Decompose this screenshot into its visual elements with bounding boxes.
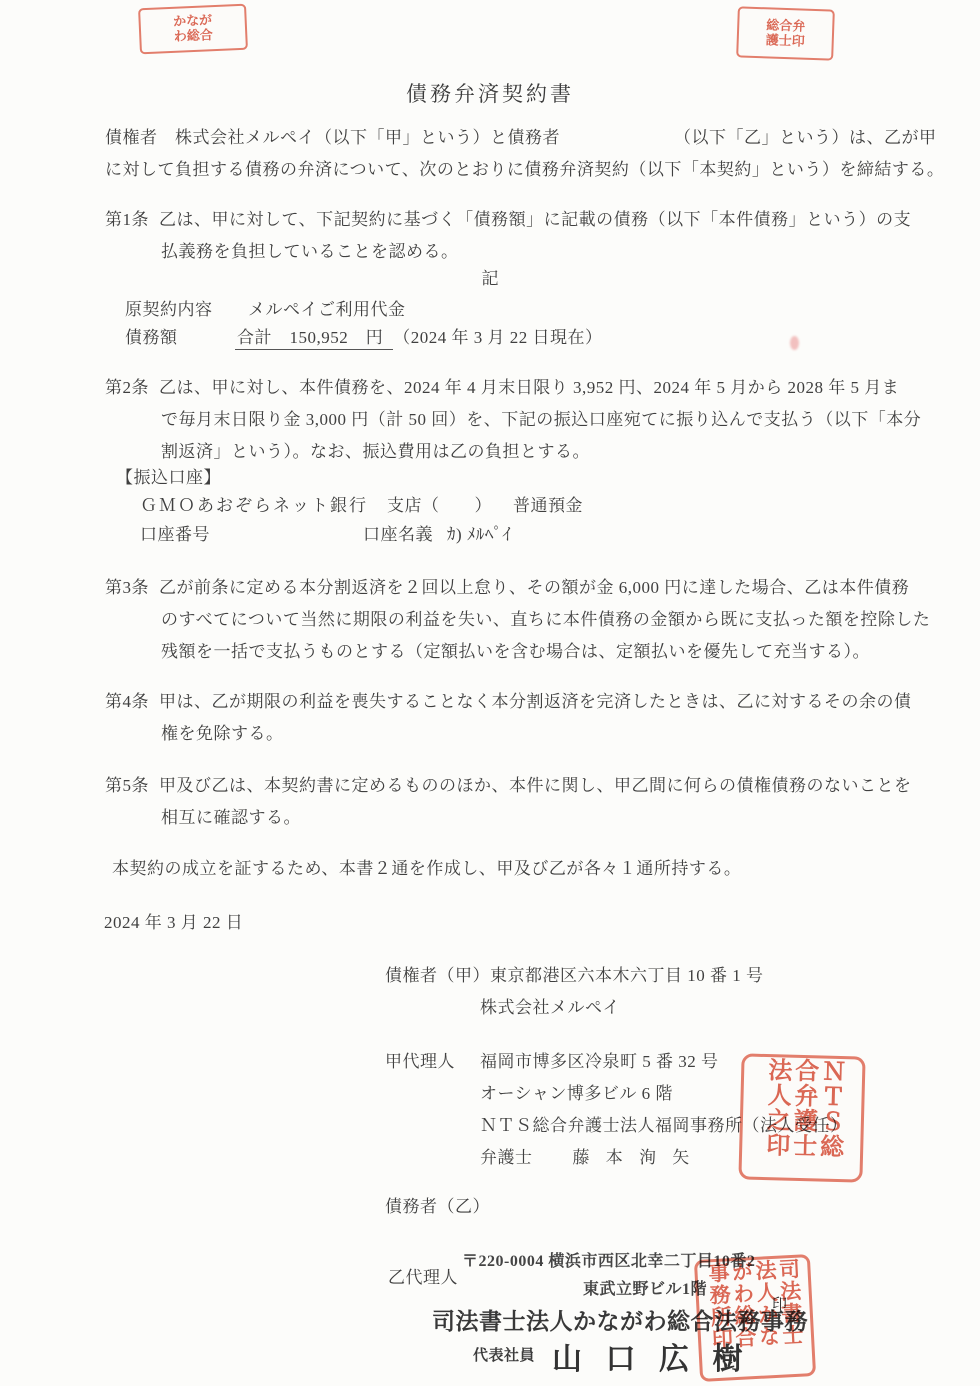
account-name-value: ｶ) ﾒﾙﾍﾟｲ	[447, 520, 511, 545]
agent-otsu-rep-label: 代表社員	[473, 1344, 535, 1365]
agent-otsu-label: 乙代理人	[388, 1263, 458, 1288]
article2-line1: 第2条乙は、甲に対し、本件債務を、2024 年 4 月末日限り 3,952 円、…	[105, 373, 899, 398]
seal-text: ＮＴＳ総 合弁護士 法人之印	[760, 1057, 844, 1179]
top-left-seal-fragment: かなが わ総合	[138, 4, 248, 55]
red-scan-artifact	[790, 336, 799, 350]
agent-kou-address2: オーシャン博多ビル 6 階	[480, 1079, 673, 1104]
debt-amount-row: 合計 150,952 円（2024 年 3 月 22 日現在）	[235, 323, 603, 348]
agent-otsu-building: 東武立野ビル1階	[583, 1276, 707, 1299]
seal-column: 法人之印	[762, 1057, 791, 1158]
agent-kou-label: 甲代理人	[385, 1047, 455, 1072]
account-number-label: 口座番号	[140, 520, 210, 545]
seal-row: わ総合	[174, 28, 214, 45]
account-type: 普通預金	[513, 491, 583, 516]
bank-section-header: 【振込口座】	[116, 463, 221, 488]
creditor-name: 株式会社メルペイ	[480, 993, 620, 1018]
debt-label: 債務額	[125, 323, 178, 348]
article1-label: 第1条	[105, 210, 149, 229]
page-title: 債務弁済契約書	[0, 78, 980, 108]
closing-sentence: 本契約の成立を証するため、本書２通を作成し、甲及び乙が各々１通所持する。	[112, 854, 741, 879]
seal-text: 司法書士 法人かな がわ総合 事務所印	[705, 1258, 805, 1379]
seal-row: 護士印	[765, 33, 805, 49]
article4-line2: 権を免除する。	[161, 719, 284, 744]
seal-column: 合弁護士	[788, 1058, 817, 1159]
intro-line-2: に対して負担する債務の弁済について、次のとおりに債務弁済契約（以下「本契約」とい…	[105, 155, 944, 180]
attorney-label: 弁護士	[480, 1148, 533, 1167]
seal-column: ＮＴＳ総	[815, 1058, 844, 1159]
memo-header: 記	[0, 264, 980, 289]
creditor-row: 債権者（甲）東京都港区六本木六丁目 10 番 1 号	[385, 961, 764, 986]
article5-label: 第5条	[105, 776, 149, 795]
article3-line2: のすべてについて当然に期限の利益を失い、直ちに本件債務の金額から既に支払った額を…	[161, 605, 930, 630]
seal-text: 総合弁 護士印	[765, 18, 805, 49]
article1-line2: 払義務を負担していることを認める。	[161, 237, 459, 262]
article2-label: 第2条	[105, 378, 149, 397]
article5-line2: 相互に確認する。	[161, 803, 301, 828]
intro-line-1: 債権者 株式会社メルペイ（以下「甲」という）と債務者 （以下「乙」という）は、乙…	[105, 123, 937, 148]
attorney-name: 藤 本 洵 矢	[573, 1148, 696, 1167]
article2-line2: で毎月末日限り金 3,000 円（計 50 回）を、下記の振込口座宛てに振り込ん…	[161, 405, 921, 430]
debt-asof: （2024 年 3 月 22 日現在）	[393, 328, 602, 347]
creditor-label: 債権者（甲）	[385, 966, 490, 985]
creditor-address: 東京都港区六本木六丁目 10 番 1 号	[490, 966, 764, 985]
account-name-label: 口座名義	[363, 520, 433, 545]
article4-line1: 第4条甲は、乙が期限の利益を喪失することなく本分割返済を完済したときは、乙に対す…	[105, 687, 912, 712]
agent-kou-attorney-row: 弁護士藤 本 洵 矢	[480, 1143, 695, 1168]
contract-document-page: 債務弁済契約書 債権者 株式会社メルペイ（以下「甲」という）と債務者 （以下「乙…	[0, 0, 980, 1386]
top-right-seal-fragment: 総合弁 護士印	[736, 6, 835, 60]
contract-date: 2024 年 3 月 22 日	[104, 908, 243, 933]
article3-line1: 第3条乙が前条に定める本分割返済を２回以上怠り、その額が金 6,000 円に達し…	[105, 573, 909, 598]
nts-law-firm-seal: ＮＴＳ総 合弁護士 法人之印	[738, 1053, 865, 1182]
article5-text1: 甲及び乙は、本契約書に定めるもののほか、本件に関し、甲乙間に何らの債権債務のない…	[159, 776, 912, 795]
bank-name: ＧＭＯあおぞらネット銀行	[140, 491, 368, 516]
original-contract-value: メルペイご利用代金	[248, 295, 406, 320]
article5-line1: 第5条甲及び乙は、本契約書に定めるもののほか、本件に関し、甲乙間に何らの債権債務…	[105, 771, 912, 796]
article3-label: 第3条	[105, 578, 149, 597]
kanagawa-judicial-scrivener-seal: 司法書士 法人かな がわ総合 事務所印	[694, 1254, 816, 1382]
seal-text: かなが わ総合	[173, 13, 213, 45]
seal-column: 事務所印	[706, 1261, 735, 1350]
article1-line1: 第1条乙は、甲に対して、下記契約に基づく「債務額」に記載の債務（以下「本件債務」…	[105, 205, 911, 230]
article3-text1: 乙が前条に定める本分割返済を２回以上怠り、その額が金 6,000 円に達した場合…	[159, 578, 909, 597]
article4-label: 第4条	[105, 692, 149, 711]
article1-text1: 乙は、甲に対して、下記契約に基づく「債務額」に記載の債務（以下「本件債務」という…	[159, 210, 911, 229]
debt-total-underlined: 合計 150,952 円	[235, 328, 393, 350]
debtor-label: 債務者（乙）	[385, 1192, 490, 1217]
original-contract-label: 原契約内容	[125, 295, 213, 320]
article2-text1: 乙は、甲に対し、本件債務を、2024 年 4 月末日限り 3,952 円、202…	[159, 378, 899, 397]
agent-kou-address1: 福岡市博多区冷泉町 5 番 32 号	[480, 1047, 719, 1072]
article3-line3: 残額を一括で支払うものとする（定額払いを含む場合は、定額払いを優先して充当する）…	[161, 637, 870, 662]
article2-line3: 割返済」という）。なお、振込費用は乙の負担とする。	[161, 437, 590, 462]
article4-text1: 甲は、乙が期限の利益を喪失することなく本分割返済を完済したときは、乙に対するその…	[159, 692, 912, 711]
branch-field: 支店（ ）	[387, 491, 492, 516]
